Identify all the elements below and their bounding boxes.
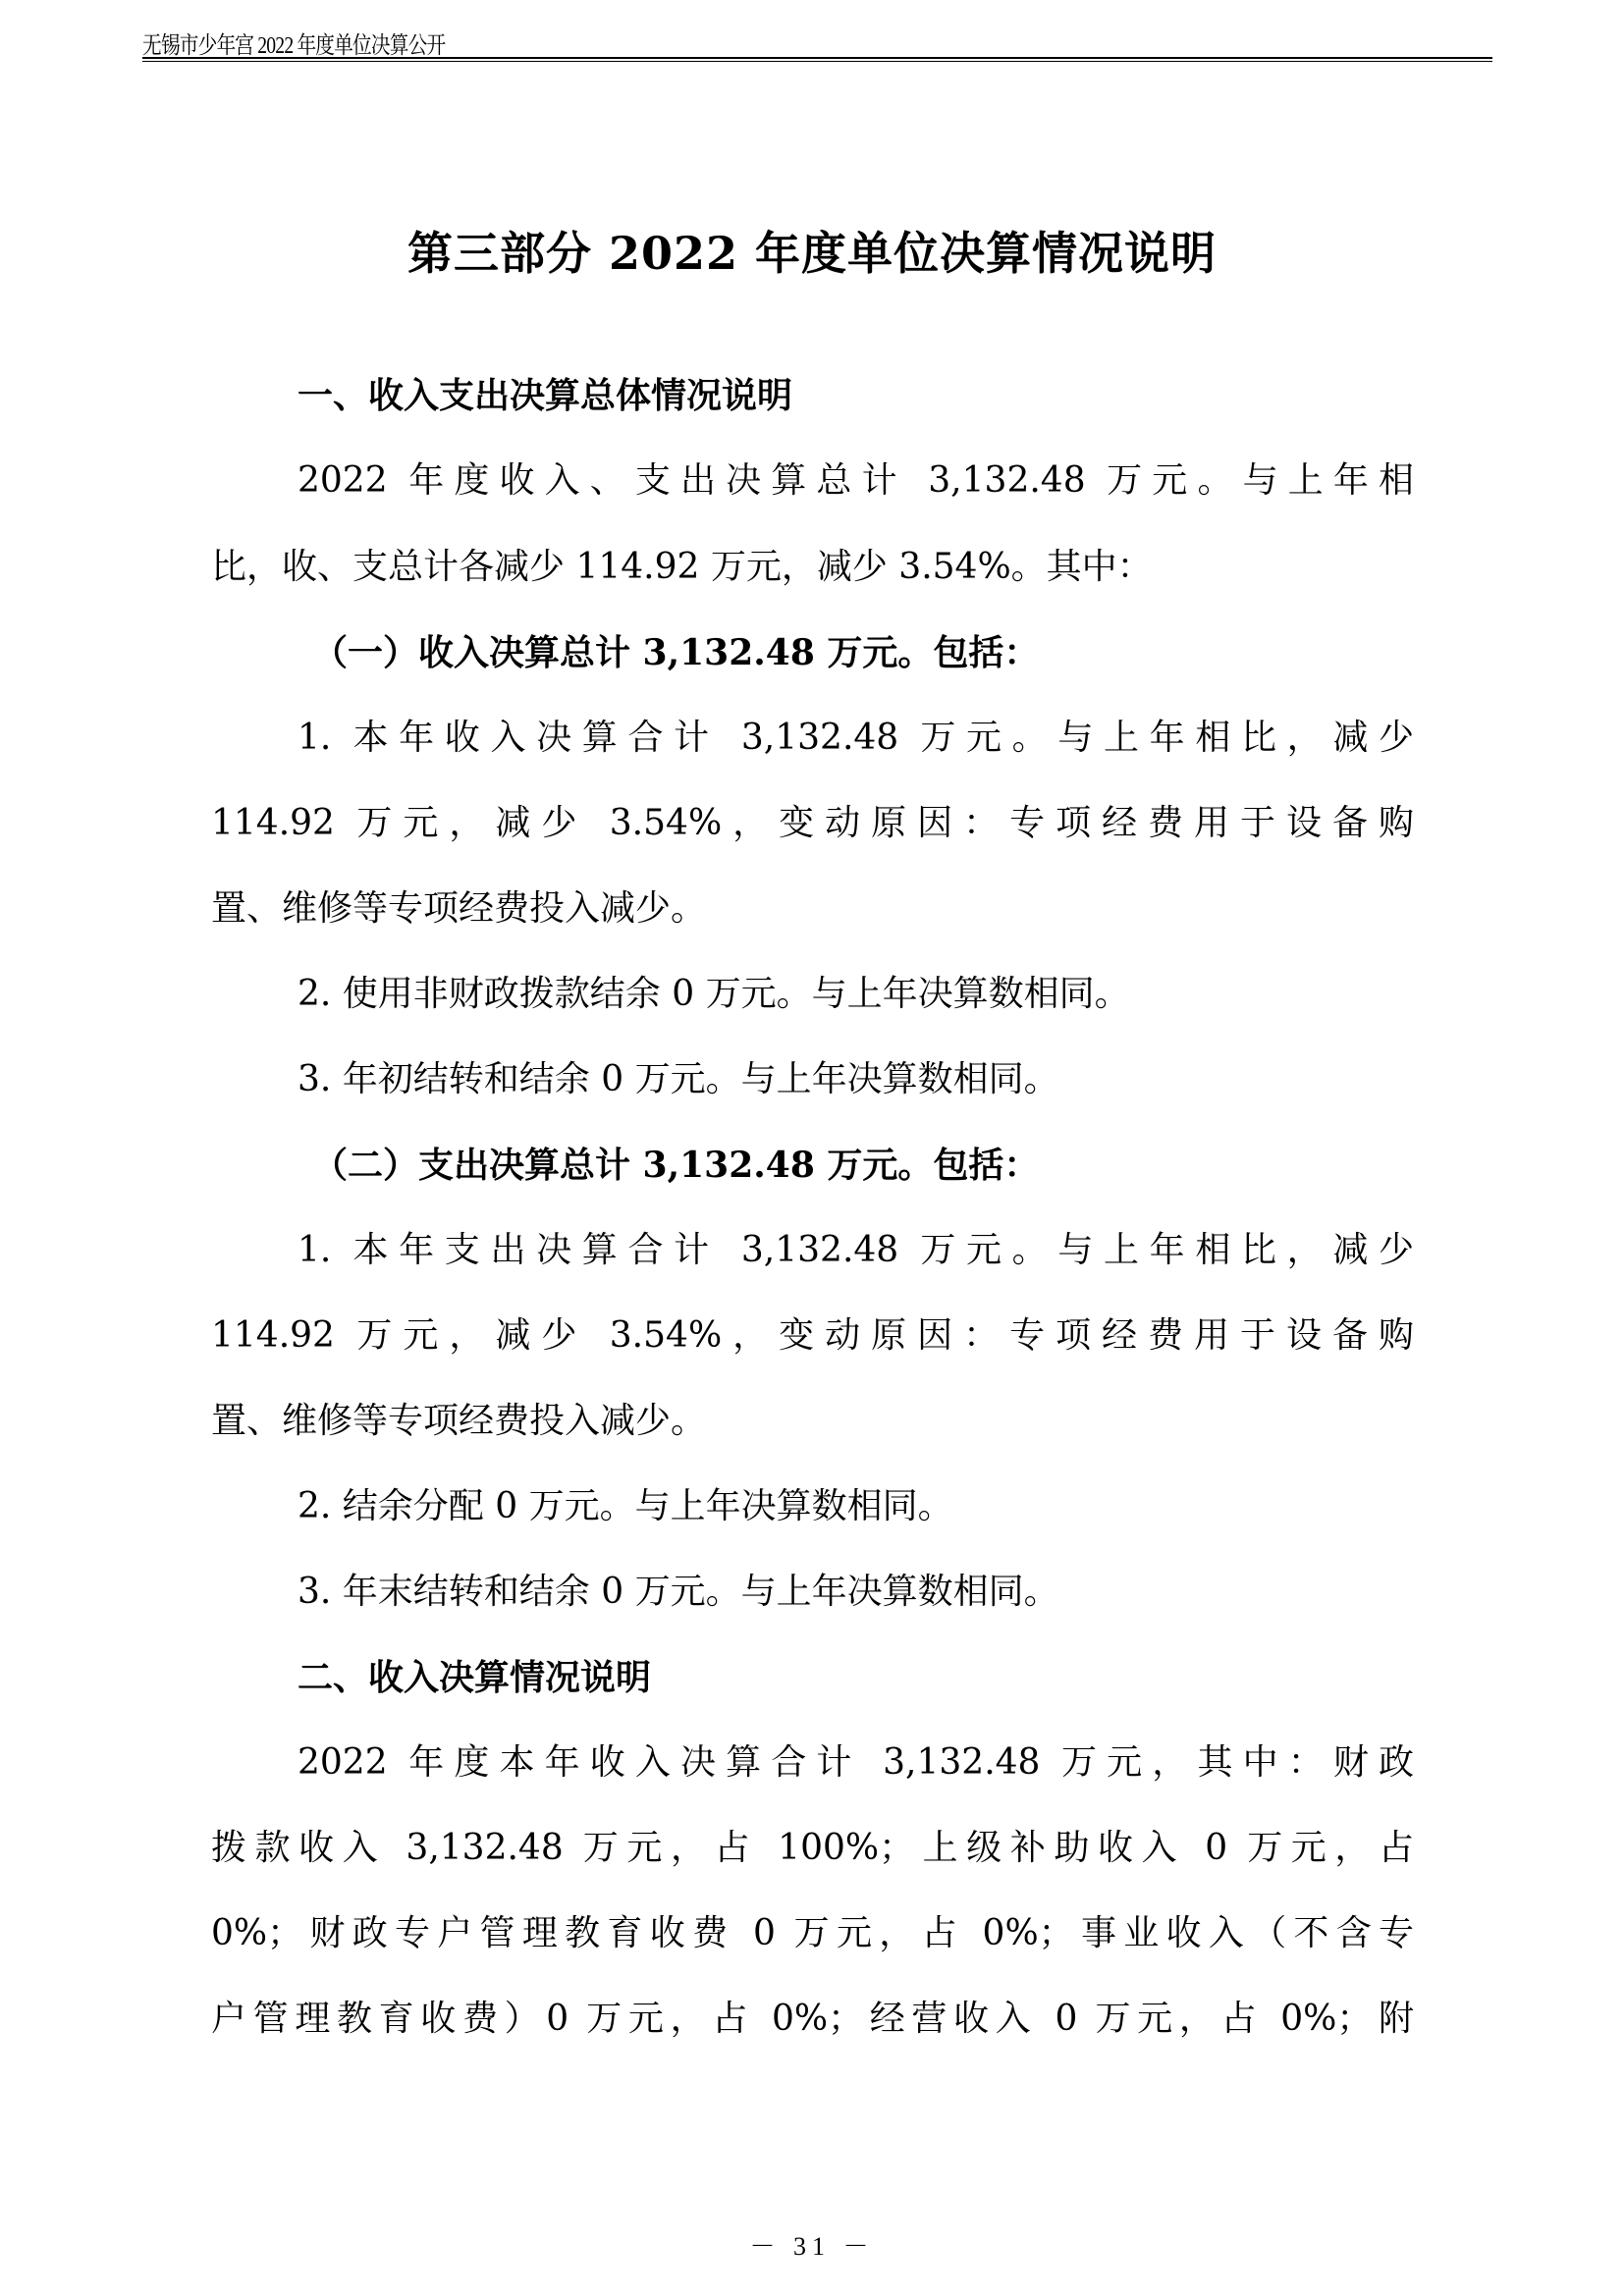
paragraph-line: 1. 本年支出决算合计 3,132.48 万元。与上年相比，减少 — [298, 1226, 1414, 1275]
paragraph-line: 置、维修等专项经费投入减少。 — [211, 1397, 1414, 1446]
paragraph-line: 2022 年度收入、支出决算总计 3,132.48 万元。与上年相 — [298, 456, 1414, 506]
section-heading-2: 二、收入决算情况说明 — [298, 1653, 1414, 1702]
header-divider — [142, 57, 1492, 62]
paragraph-line: 114.92 万元，减少 3.54%，变动原因：专项经费用于设备购 — [211, 1311, 1414, 1361]
paragraph-line: 比，收、支总计各减少 114.92 万元，减少 3.54%。其中： — [211, 543, 1414, 592]
subsection-heading-income: （一）收入决算总计 3,132.48 万元。包括： — [312, 628, 1515, 677]
paragraph-line: 2022 年度本年收入决算合计 3,132.48 万元，其中：财政 — [298, 1738, 1414, 1788]
paragraph-line: 3. 年初结转和结余 0 万元。与上年决算数相同。 — [298, 1055, 1414, 1104]
paragraph-line: 114.92 万元，减少 3.54%，变动原因：专项经费用于设备购 — [211, 799, 1414, 848]
subsection-heading-expense: （二）支出决算总计 3,132.48 万元。包括： — [312, 1141, 1515, 1190]
paragraph-line: 3. 年末结转和结余 0 万元。与上年决算数相同。 — [298, 1568, 1414, 1617]
page-title: 第三部分 2022 年度单位决算情况说明 — [0, 218, 1624, 283]
section-heading-1: 一、收入支出决算总体情况说明 — [298, 371, 1414, 420]
page-number: － 31 － — [0, 2226, 1624, 2263]
paragraph-line: 2. 结余分配 0 万元。与上年决算数相同。 — [298, 1482, 1414, 1531]
paragraph-line: 2. 使用非财政拨款结余 0 万元。与上年决算数相同。 — [298, 970, 1414, 1019]
paragraph-line: 0%；财政专户管理教育收费 0 万元，占 0%；事业收入（不含专 — [211, 1909, 1414, 1958]
paragraph-line: 户管理教育收费）0 万元，占 0%；经营收入 0 万元，占 0%；附 — [211, 1995, 1414, 2044]
paragraph-line: 1. 本年收入决算合计 3,132.48 万元。与上年相比，减少 — [298, 714, 1414, 763]
running-header: 无锡市少年宫 2022 年度单位决算公开 — [142, 26, 445, 60]
paragraph-line: 置、维修等专项经费投入减少。 — [211, 884, 1414, 934]
paragraph-line: 拨款收入 3,132.48 万元，占 100%；上级补助收入 0 万元，占 — [211, 1824, 1414, 1873]
